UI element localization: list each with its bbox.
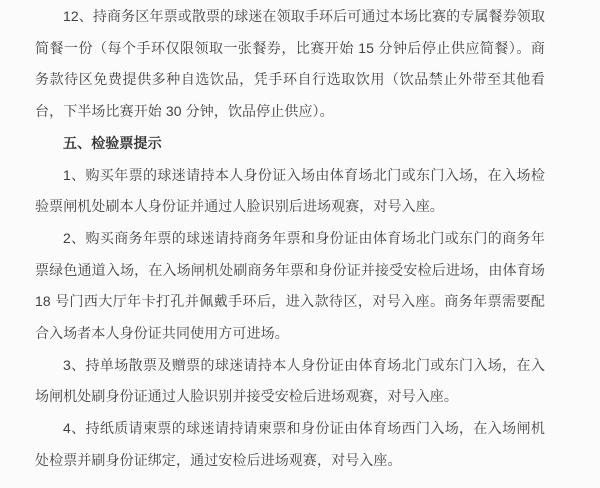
paragraph-catering-notice: 12、持商务区年票或散票的球迷在领取手环后可通过本场比赛的专属餐券领取简餐一份（… — [35, 1, 545, 128]
paragraph-season-ticket-entry: 1、购买年票的球迷请持本人身份证入场由体育场北门或东门入场，在入场检验票闸机处刷… — [35, 160, 545, 223]
document-body: 12、持商务区年票或散票的球迷在领取手环后可通过本场比赛的专属餐券领取简餐一份（… — [0, 0, 600, 488]
paragraph-single-match-ticket-entry: 3、持单场散票及赠票的球迷请持本人身份证由体育场北门或东门入场，在入场闸机处刷身… — [35, 350, 545, 413]
paragraph-invitation-ticket-entry: 4、持纸质请柬票的球迷请持请柬票和身份证由体育场西门入场，在入场闸机处检票并刷身… — [35, 413, 545, 476]
section-heading-ticket-check: 五、检验票提示 — [35, 128, 545, 160]
paragraph-business-season-ticket-entry: 2、购买商务年票的球迷请持商务年票和身份证由体育场北门或东门的商务年票绿色通道入… — [35, 223, 545, 350]
